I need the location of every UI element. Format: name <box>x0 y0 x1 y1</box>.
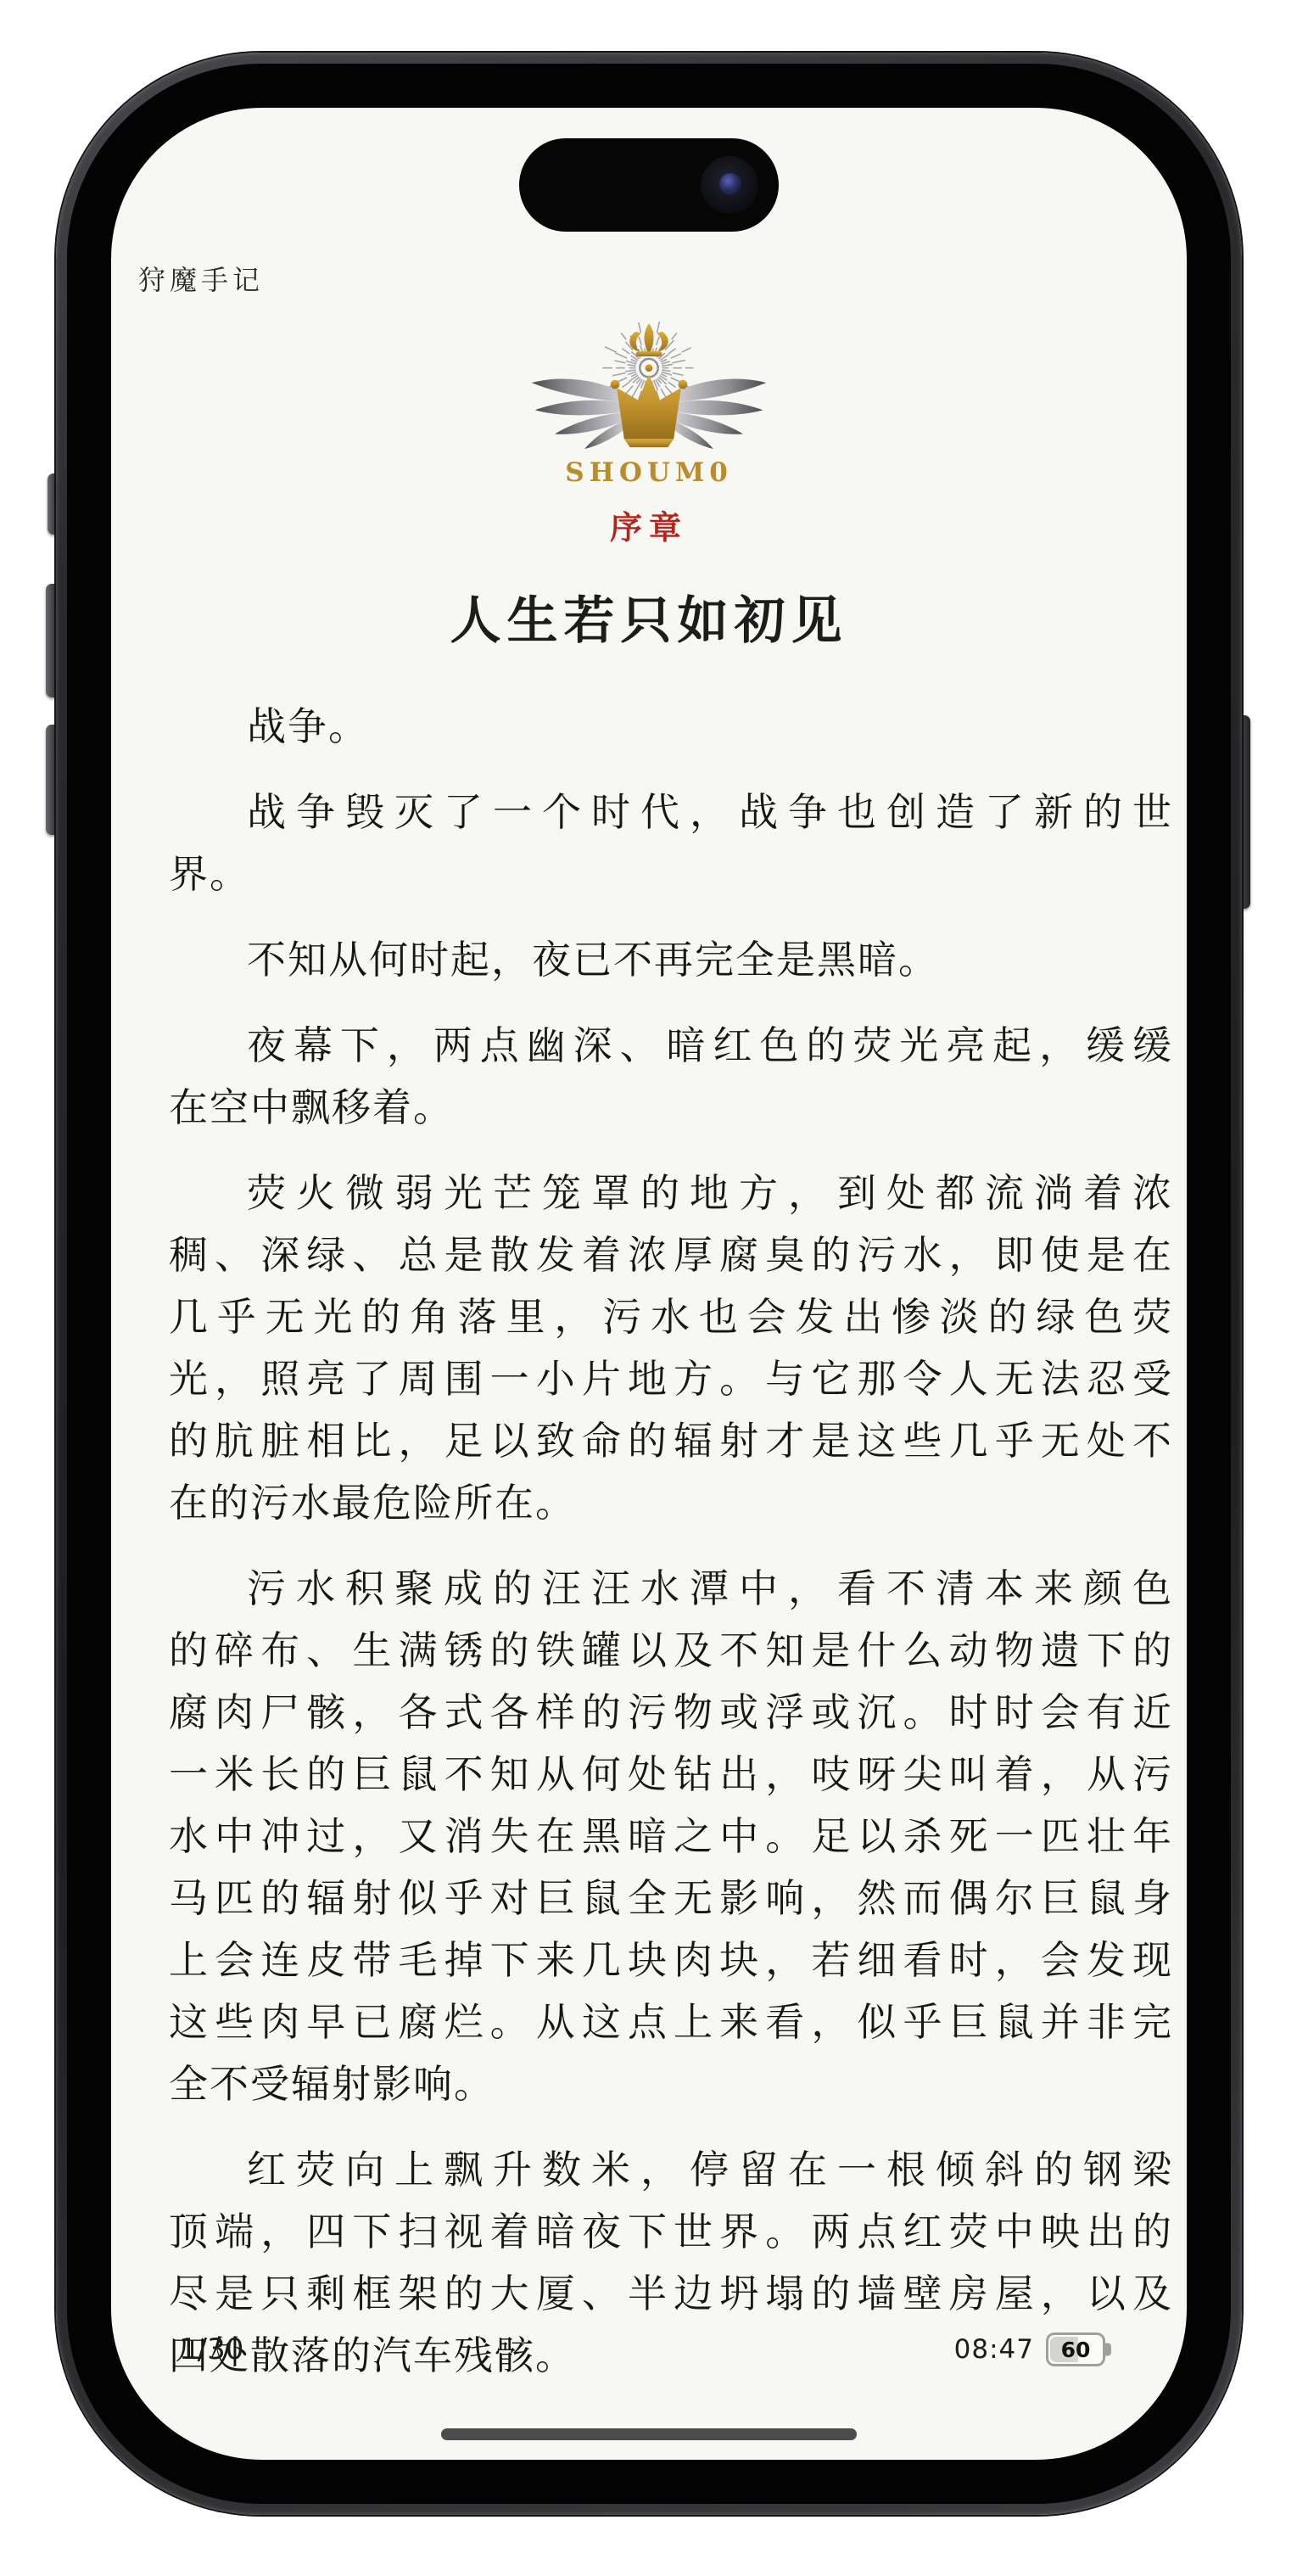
text-line: 战争。 <box>169 696 1173 758</box>
chapter-title: 人生若只如初见 <box>111 580 1187 653</box>
text-line: 这些肉早已腐烂。从这点上来看，似乎巨鼠并非完 <box>169 1991 1173 2053</box>
text-line: 顶端，四下扫视着暗夜下世界。两点红荧中映出的 <box>169 2201 1173 2263</box>
text-line: 几乎无光的角落里，污水也会发出惨淡的绿色荧 <box>169 1286 1173 1348</box>
winged-crown-icon <box>525 322 773 454</box>
clock: 08:47 <box>954 2334 1034 2365</box>
battery-icon: 60 <box>1046 2332 1105 2366</box>
text-line: 马匹的辐射似乎对巨鼠全无影响，然而偶尔巨鼠身 <box>169 1868 1173 1929</box>
status-group: 08:47 60 <box>954 2332 1105 2366</box>
text-line: 红荧向上飘升数米，停留在一根倾斜的钢梁 <box>169 2139 1173 2201</box>
home-indicator[interactable] <box>441 2428 857 2440</box>
text-line: 上会连皮带毛掉下来几块肉块，若细看时，会发现 <box>169 1929 1173 1991</box>
text-line: 光，照亮了周围一小片地方。与它那令人无法忍受 <box>169 1348 1173 1410</box>
text-line: 的碎布、生满锈的铁罐以及不知是什么动物遗下的 <box>169 1620 1173 1682</box>
text-line: 荧火微弱光芒笼罩的地方，到处都流淌着浓 <box>169 1162 1173 1224</box>
text-line: 全不受辐射影响。 <box>169 2053 1173 2115</box>
text-line: 战争毁灭了一个时代，战争也创造了新的世 <box>169 781 1173 843</box>
paragraph: 战争。 <box>169 696 1173 758</box>
text-line: 不知从何时起，夜已不再完全是黑暗。 <box>169 929 1173 991</box>
text-line: 尽是只剩框架的大厦、半边坍塌的墙壁房屋，以及 <box>169 2263 1173 2325</box>
text-line: 夜幕下，两点幽深、暗红色的荧光亮起，缓缓 <box>169 1015 1173 1077</box>
chapter-content: SHOUM0 序章 人生若只如初见 战争。战争毁灭了一个时代，战争也创造了新的世… <box>111 108 1187 2460</box>
page-indicator: 1/30 <box>179 2332 243 2366</box>
text-line: 在的污水最危险所在。 <box>169 1472 1173 1534</box>
text-line: 一米长的巨鼠不知从何处钻出，吱呀尖叫着，从污 <box>169 1744 1173 1806</box>
chapter-label: 序章 <box>111 501 1187 548</box>
text-line: 在空中飘移着。 <box>169 1077 1173 1139</box>
brand-text: SHOUM0 <box>111 457 1187 488</box>
battery-percent: 60 <box>1061 2338 1091 2362</box>
phone-frame: 狩魔手记 <box>56 53 1242 2515</box>
text-line: 腐肉尸骸，各式各样的污物或浮或沉。时时会有近 <box>169 1682 1173 1744</box>
paragraph: 污水积聚成的汪汪水潭中，看不清本来颜色的碎布、生满锈的铁罐以及不知是什么动物遗下… <box>169 1558 1173 2115</box>
text-line: 水中冲过，又消失在黑暗之中。足以杀死一匹壮年 <box>169 1806 1173 1868</box>
text-line: 稠、深绿、总是散发着浓厚腐臭的污水，即使是在 <box>169 1224 1173 1286</box>
text-line: 的肮脏相比，足以致命的辐射才是这些几乎无处不 <box>169 1410 1173 1472</box>
phone-bezel: 狩魔手记 <box>67 64 1231 2504</box>
chapter-body: 战争。战争毁灭了一个时代，战争也创造了新的世界。不知从何时起，夜已不再完全是黑暗… <box>169 696 1173 2387</box>
reader-page[interactable]: 狩魔手记 <box>111 108 1187 2460</box>
paragraph: 战争毁灭了一个时代，战争也创造了新的世界。 <box>169 781 1173 905</box>
text-line: 污水积聚成的汪汪水潭中，看不清本来颜色 <box>169 1558 1173 1620</box>
page: 狩魔手记 <box>0 0 1297 2576</box>
publisher-logo <box>111 322 1187 454</box>
text-line: 界。 <box>169 843 1173 905</box>
paragraph: 夜幕下，两点幽深、暗红色的荧光亮起，缓缓在空中飘移着。 <box>169 1015 1173 1139</box>
battery-nub-icon <box>1105 2344 1111 2356</box>
paragraph: 不知从何时起，夜已不再完全是黑暗。 <box>169 929 1173 991</box>
paragraph: 荧火微弱光芒笼罩的地方，到处都流淌着浓稠、深绿、总是散发着浓厚腐臭的污水，即使是… <box>169 1162 1173 1534</box>
